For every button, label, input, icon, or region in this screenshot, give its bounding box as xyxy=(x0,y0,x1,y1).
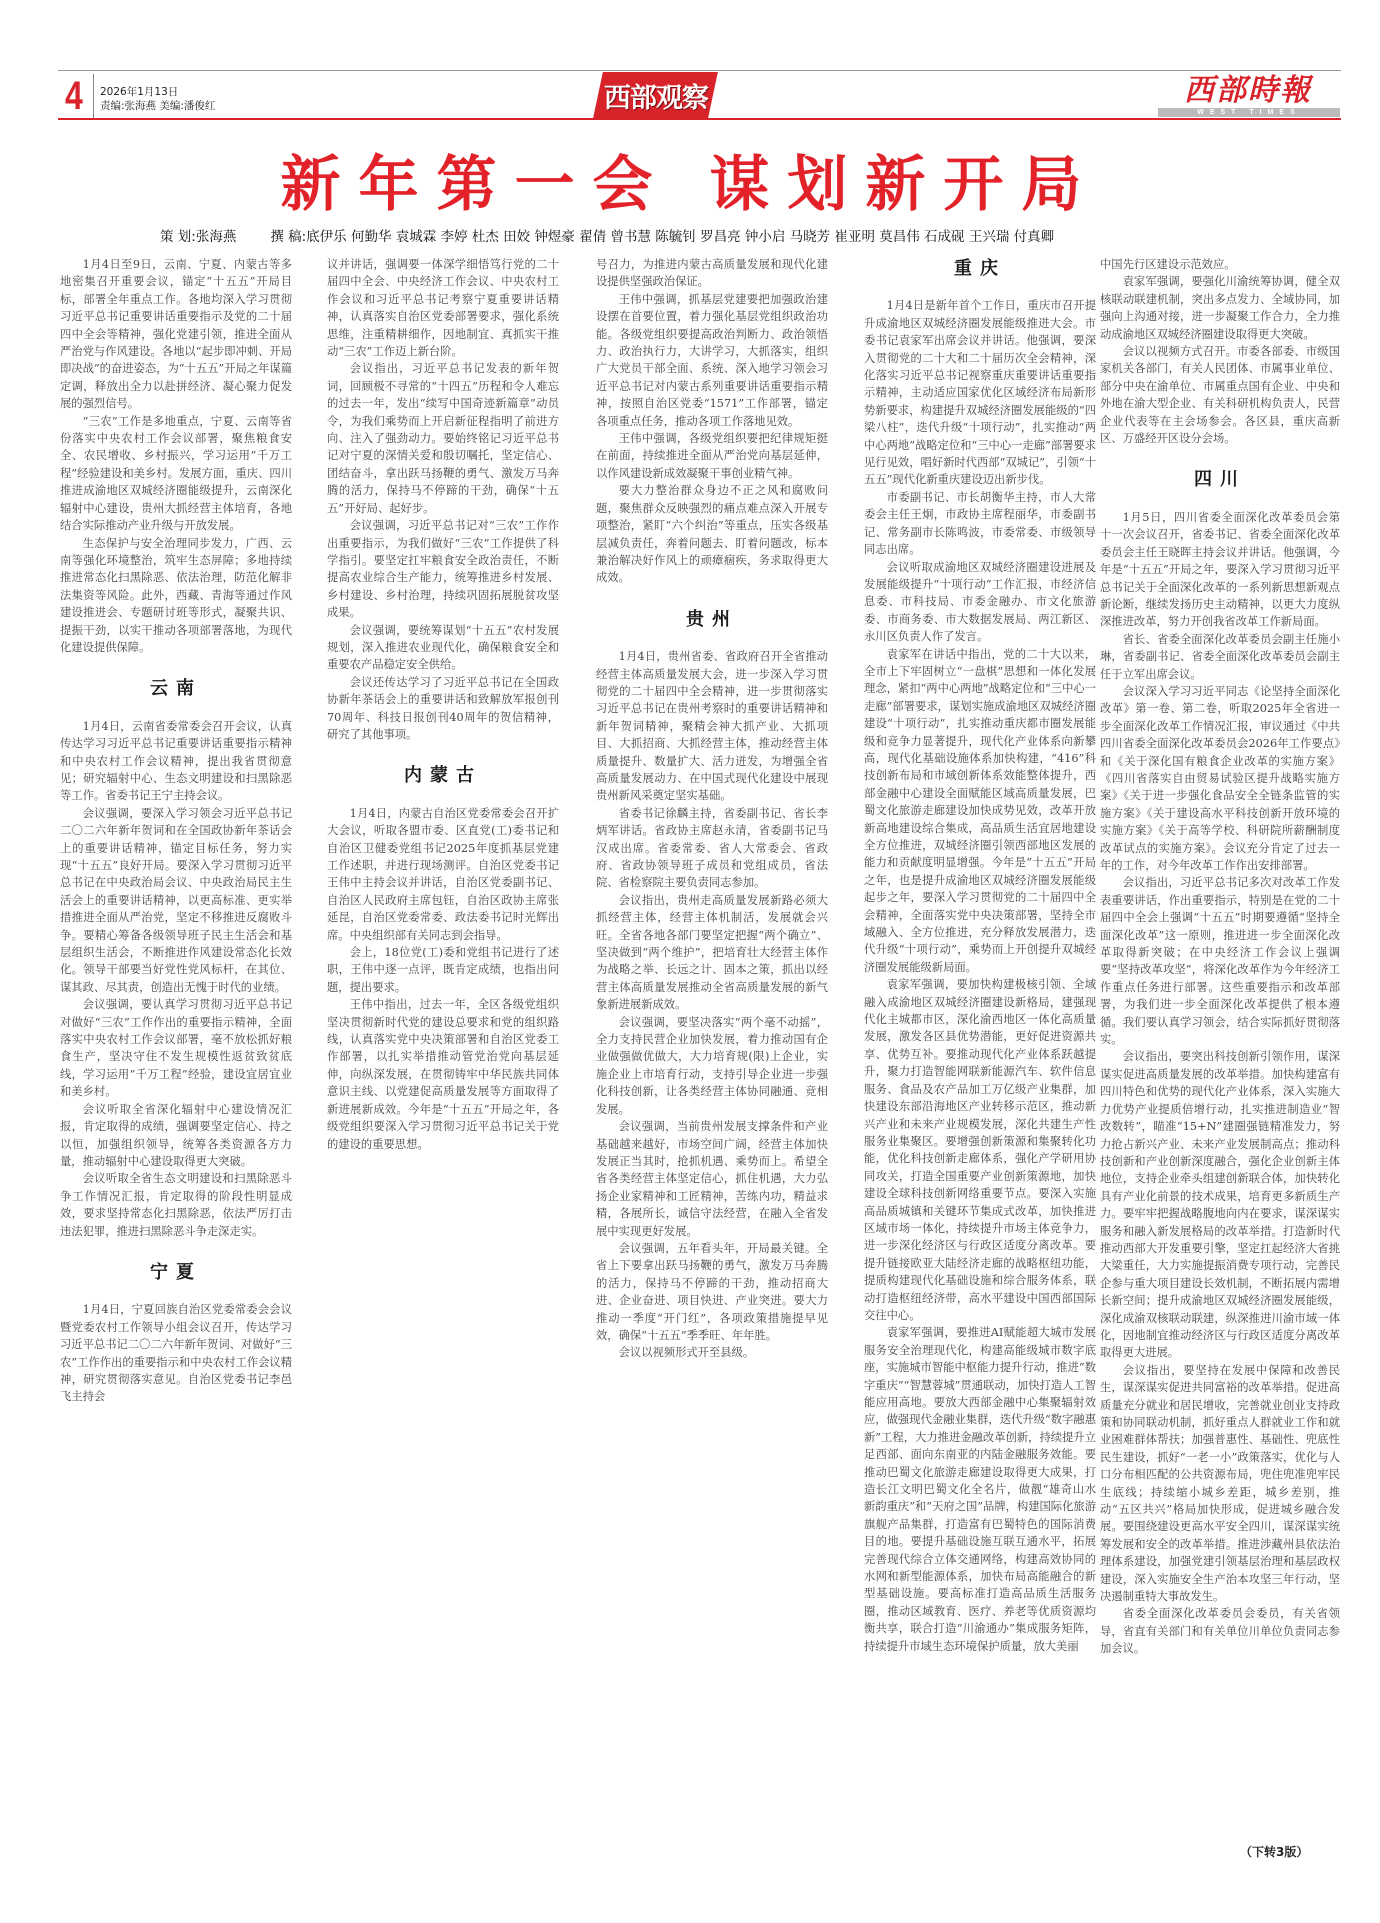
newspaper-english-name: WEST TIMES xyxy=(1158,108,1340,117)
body-paragraph: 会上，18位党(工)委和党组书记进行了述职，王伟中逐一点评，既肯定成绩，也指出问… xyxy=(327,944,559,996)
body-paragraph: 会议听取全省深化辐射中心建设情况汇报，肯定取得的成绩，强调要坚定信心、持之以恒，… xyxy=(60,1101,292,1171)
masthead-red-rule xyxy=(58,118,1341,120)
body-paragraph: 省委书记徐麟主持，省委副书记、省长李炳军讲话。省政协主席赵永清，省委副书记马汉成… xyxy=(596,805,828,892)
body-paragraph: 会议强调，要统筹谋划“十五五”农村发展规划，深入推进农业现代化，确保粮食安全和重… xyxy=(327,622,559,674)
article-column-2: 议并讲话，强调要一体深学细悟笃行党的二十届四中全会、中央经济工作会议、中央农村工… xyxy=(327,256,559,1153)
body-paragraph: 会议强调，要认真学习贯彻习近平总书记对做好“三农”工作作出的重要指示精神，全面落… xyxy=(60,996,292,1100)
body-paragraph: 会议强调，五年看头年，开局最关键。全省上下要拿出跃马扬鞭的勇气，激发万马奔腾的活… xyxy=(596,1240,828,1344)
body-paragraph: 会议听取全省生态文明建设和扫黑除恶斗争工作情况汇报，肯定取得的阶段性明显成效，要… xyxy=(60,1170,292,1240)
body-paragraph: 1月4日，云南省委常委会召开会议，认真传达学习习近平总书记重要讲话重要指示精神和… xyxy=(60,718,292,805)
page-number: 4 xyxy=(65,74,83,118)
body-paragraph: 会议深入学习习近平同志《论坚持全面深化改革》第一卷、第二卷，听取2025年全省进… xyxy=(1100,683,1340,874)
body-paragraph: 1月4日，贵州省委、省政府召开全省推动经营主体高质量发展大会，进一步深入学习贯彻… xyxy=(596,648,828,805)
article-column-4: 重庆 1月4日是新年首个工作日，重庆市召开提升成渝地区双城经济圈发展能级推进大会… xyxy=(864,256,1096,1655)
body-paragraph: 会议还传达学习了习近平总书记在全国政协新年茶话会上的重要讲话和致解放军报创刊70… xyxy=(327,674,559,744)
body-paragraph: 议并讲话，强调要一体深学细悟笃行党的二十届四中全会、中央经济工作会议、中央农村工… xyxy=(327,256,559,360)
body-paragraph: 会议指出，要坚持在发展中保障和改善民生，谋深谋实促进共同富裕的改革举措。促进高质… xyxy=(1100,1362,1340,1606)
body-paragraph: 会议听取成渝地区双城经济圈建设进展及发展能级提升“十项行动”工作汇报，市经济信息… xyxy=(864,559,1096,646)
body-paragraph: 会议指出，要突出科技创新引领作用，谋深谋实促进高质量发展的改革举措。加快构建富有… xyxy=(1100,1048,1340,1361)
intro-paragraph: 生态保护与安全治理同步发力，广西、云南等强化环境整治，筑牢生态屏障；多地持续推进… xyxy=(60,535,292,657)
issue-editors: 责编:张海燕 美编:潘俊红 xyxy=(100,99,215,113)
body-paragraph: 省委全面深化改革委员会委员，有关省领导，省直有关部门和有关单位川单位负责同志参加… xyxy=(1100,1605,1340,1657)
body-paragraph: 会议指出，贵州走高质量发展新路必须大抓经营主体，经营主体机制活，发展就会兴旺。全… xyxy=(596,892,828,1014)
byline-planner: 策 划:张海燕 xyxy=(160,229,236,245)
body-paragraph: 会议强调，要坚决落实“两个毫不动摇”，全力支持民营企业加快发展，着力推动国有企业… xyxy=(596,1014,828,1118)
article-column-3: 号召力，为推进内蒙古高质量发展和现代化建设提供坚强政治保证。 王伟中强调，抓基层… xyxy=(596,256,828,1362)
body-paragraph: 会议强调，要深入学习领会习近平总书记二〇二六年新年贺词和在全国政协新年茶话会上的… xyxy=(60,805,292,996)
section-title-guizhou: 贵州 xyxy=(596,611,828,628)
column-logo: 西部观察 xyxy=(593,72,718,118)
byline-writers: 撰 稿:底伊乐 何勤华 袁城霖 李婷 杜杰 田姣 钟煜豪 翟倩 曾书慧 陈毓钊 … xyxy=(270,229,1054,245)
newspaper-name: 西部時報 xyxy=(1153,74,1343,108)
intro-paragraph: 1月4日至9日，云南、宁夏、内蒙古等多地密集召开重要会议，锚定“十五五”开局目标… xyxy=(60,256,292,413)
byline: 策 划:张海燕撰 稿:底伊乐 何勤华 袁城霖 李婷 杜杰 田姣 钟煜豪 翟倩 曾… xyxy=(160,225,1340,245)
section-title-sichuan: 四川 xyxy=(1100,471,1340,488)
body-paragraph: 市委副书记、市长胡衡华主持，市人大常委会主任王炯，市政协主席程丽华，市委副书记、… xyxy=(864,489,1096,559)
column-name: 西部观察 xyxy=(604,76,708,115)
body-paragraph: 会议强调，习近平总书记对“三农”工作作出重要指示，为我们做好“三农”工作提供了科… xyxy=(327,517,559,621)
body-paragraph: 1月5日，四川省委全面深化改革委员会第十一次会议召开，省委书记、省委全面深化改革… xyxy=(1100,509,1340,631)
body-paragraph: 1月4日是新年首个工作日，重庆市召开提升成渝地区双城经济圈发展能级推进大会。市委… xyxy=(864,297,1096,488)
body-paragraph: 要大力整治群众身边不正之风和腐败问题，聚焦群众反映强烈的痛点难点深入开展专项整治… xyxy=(596,482,828,586)
body-paragraph: 省长、省委全面深化改革委员会副主任施小琳，省委副书记、省委全面深化改革委员会副主… xyxy=(1100,631,1340,683)
article-column-1: 1月4日至9日，云南、宁夏、内蒙古等多地密集召开重要会议，锚定“十五五”开局目标… xyxy=(60,256,292,1406)
section-title-yunnan: 云南 xyxy=(60,680,292,697)
body-paragraph: 王伟中强调，各级党组织要把纪律规矩挺在前面，持续推进全面从严治党向基层延伸，以作… xyxy=(596,430,828,482)
continued-on-page-note: （下转3版） xyxy=(1240,1843,1308,1860)
body-paragraph: 会议以视频形式开至县级。 xyxy=(596,1344,828,1361)
body-paragraph: 中国先行区建设示范效应。 xyxy=(1100,256,1340,273)
section-title-chongqing: 重庆 xyxy=(864,260,1096,277)
issue-date: 2026年1月13日 xyxy=(100,85,215,99)
body-paragraph: 号召力，为推进内蒙古高质量发展和现代化建设提供坚强政治保证。 xyxy=(596,256,828,291)
section-title-neimenggu: 内蒙古 xyxy=(327,767,559,784)
body-paragraph: 袁家军强调，要推进AI赋能超大城市发展服务安全治理现代化，构建高能级城市数字底座… xyxy=(864,1324,1096,1655)
section-title-ningxia: 宁夏 xyxy=(60,1264,292,1281)
body-paragraph: 袁家军强调，要强化川渝统筹协调，健全双核联动联建机制，突出多点发力、全域协同，加… xyxy=(1100,273,1340,343)
newspaper-logo: 西部時報 WEST TIMES xyxy=(1153,74,1343,118)
article-column-5: 中国先行区建设示范效应。 袁家军强调，要强化川渝统筹协调，健全双核联动联建机制，… xyxy=(1100,256,1340,1658)
intro-paragraph: “三农”工作是多地重点，宁夏、云南等省份落实中央农村工作会议部署，聚焦粮食安全、… xyxy=(60,413,292,535)
body-paragraph: 会议指出，习近平总书记多次对改革工作发表重要讲话，作出重要指示，特别是在党的二十… xyxy=(1100,874,1340,1048)
body-paragraph: 会议强调，当前贵州发展支撑条件和产业基础越来越好，市场空间广阔，经营主体加快发展… xyxy=(596,1118,828,1240)
body-paragraph: 会议指出，习近平总书记发表的新年贺词，回顾极不寻常的“十四五”历程和令人难忘的过… xyxy=(327,360,559,517)
body-paragraph: 会议以视频方式召开。市委各部委、市级国家机关各部门，有关人民团体、市属事业单位、… xyxy=(1100,343,1340,447)
body-paragraph: 袁家军强调，要加快构建极核引领、全域融入成渝地区双城经济圈建设新格局，建强现代化… xyxy=(864,976,1096,1324)
body-paragraph: 王伟中指出，过去一年，全区各级党组织坚决贯彻新时代党的建设总要求和党的组织路线，… xyxy=(327,996,559,1153)
issue-meta: 2026年1月13日 责编:张海燕 美编:潘俊红 xyxy=(100,85,215,113)
body-paragraph: 1月4日，宁夏回族自治区党委常委会会议暨党委农村工作领导小组会议召开，传达学习习… xyxy=(60,1301,292,1405)
masthead-divider xyxy=(93,74,94,118)
body-paragraph: 袁家军在讲话中指出，党的二十大以来，全市上下牢固树立“一盘棋”思想和一体化发展理… xyxy=(864,646,1096,977)
page-headline: 新年第一会 谋划新开局 xyxy=(0,150,1380,220)
body-paragraph: 王伟中强调，抓基层党建要把加强政治建设摆在首要位置，着力强化基层党组织政治功能。… xyxy=(596,291,828,430)
masthead-top-rule xyxy=(58,70,1341,71)
body-paragraph: 1月4日，内蒙古自治区党委常委会召开扩大会议，听取各盟市委、区直党(工)委书记和… xyxy=(327,805,559,944)
